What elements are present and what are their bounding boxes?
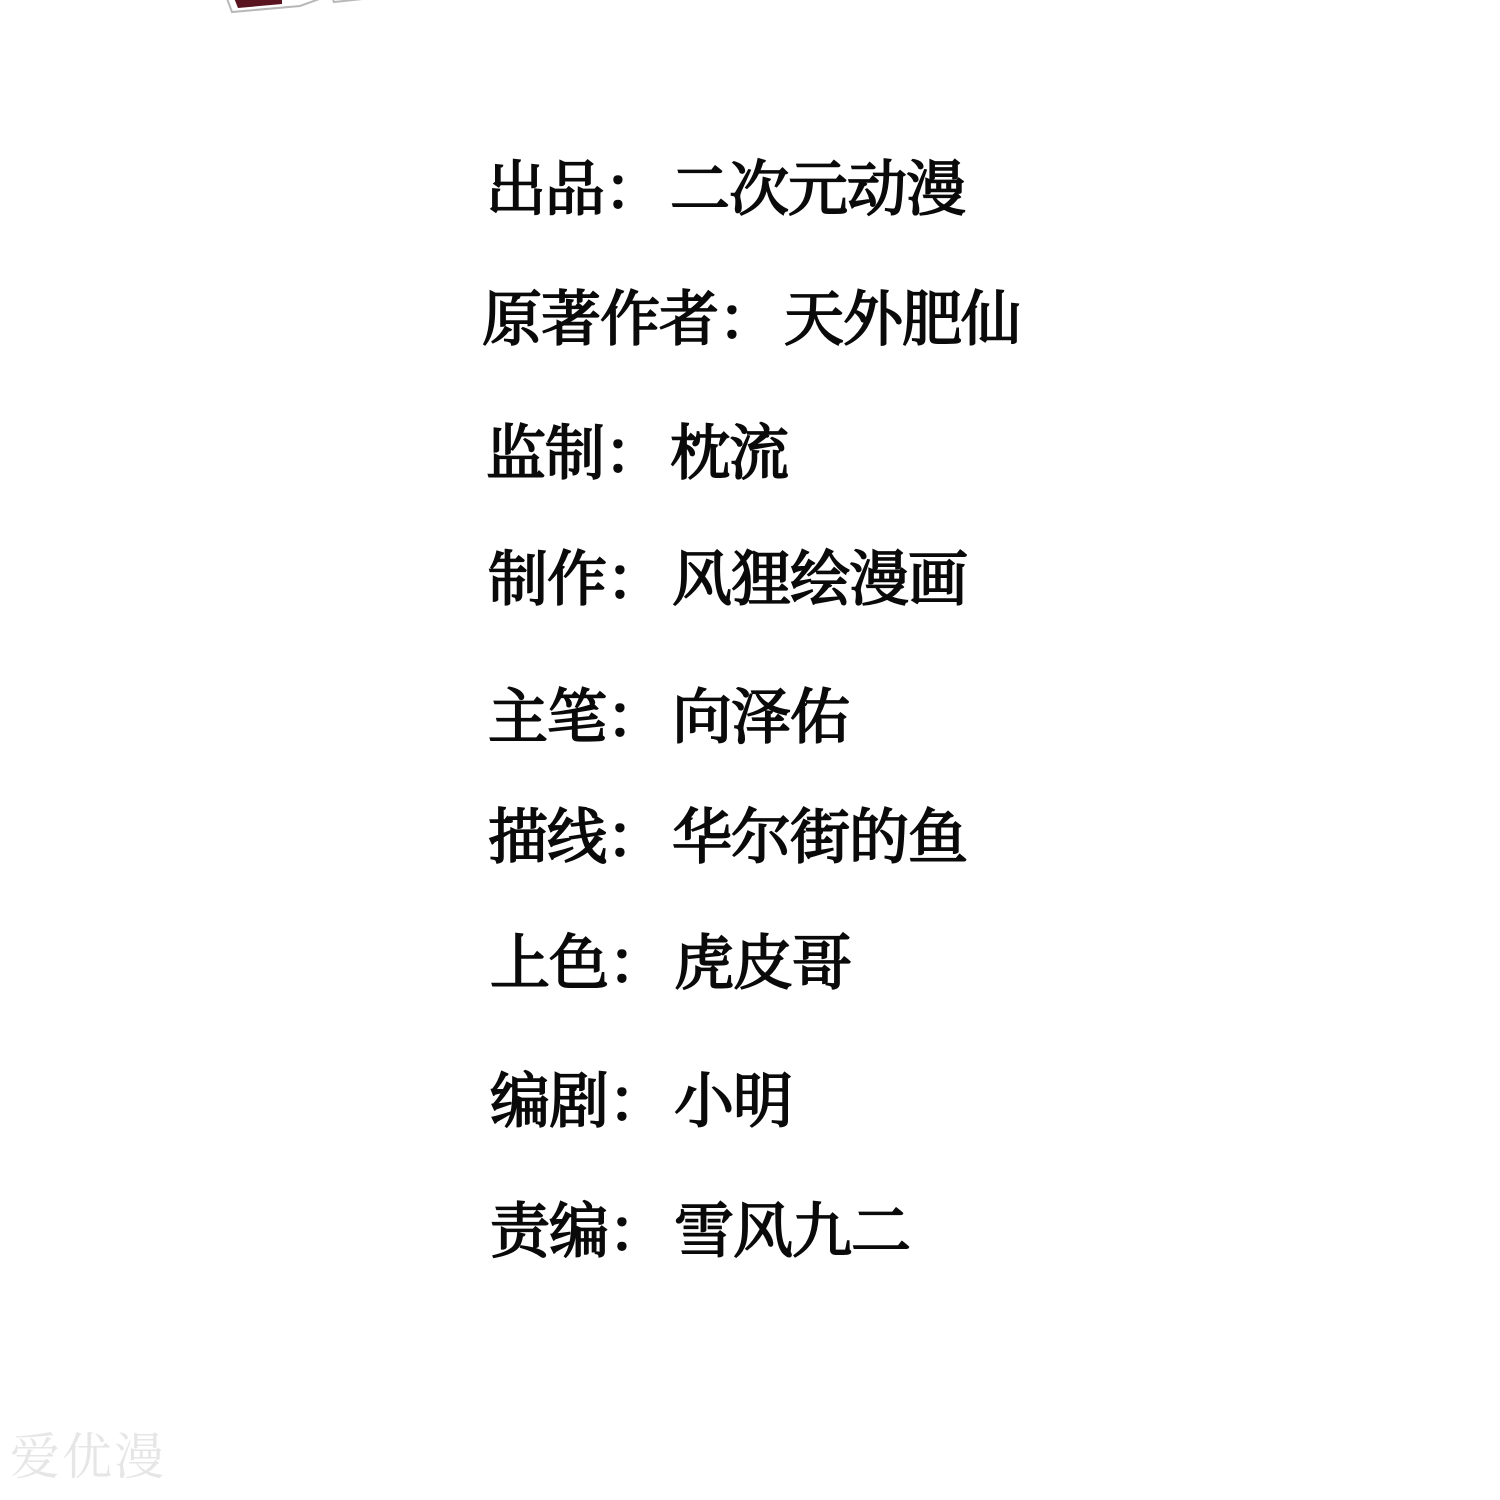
credit-name: 小明: [674, 1072, 792, 1132]
credit-role: 上色: [490, 934, 608, 994]
credit-line-production: 制作：风狸绘漫画: [488, 550, 967, 610]
credit-role: 责编: [490, 1202, 608, 1262]
credit-name: 天外肥仙: [784, 290, 1020, 350]
credit-line-lead-artist: 主笔：向泽佑: [488, 688, 849, 748]
credit-name: 雪风九二: [674, 1202, 910, 1262]
credit-line-supervisor: 监制：枕流: [486, 424, 788, 484]
credit-colon: ：: [718, 290, 784, 350]
credit-colon: ：: [606, 688, 672, 748]
credit-colon: ：: [604, 424, 670, 484]
credit-line-lineart: 描线：华尔街的鱼: [488, 808, 967, 868]
credit-colon: ：: [608, 1072, 674, 1132]
credit-name: 虎皮哥: [674, 934, 851, 994]
watermark-logo: 爱优漫: [10, 1432, 166, 1482]
credit-role: 主笔: [488, 688, 606, 748]
credit-colon: ：: [606, 550, 672, 610]
credit-name: 向泽佑: [672, 688, 849, 748]
credit-role: 出品: [486, 160, 604, 220]
credit-line-screenwriter: 编剧：小明: [490, 1072, 792, 1132]
credit-role: 描线: [488, 808, 606, 868]
credit-name: 风狸绘漫画: [672, 550, 967, 610]
credit-colon: ：: [608, 1202, 674, 1262]
credit-role: 制作: [488, 550, 606, 610]
credit-name: 枕流: [670, 424, 788, 484]
credit-line-editor: 责编：雪风九二: [490, 1202, 910, 1262]
credit-colon: ：: [608, 934, 674, 994]
credit-role: 原著作者: [482, 290, 718, 350]
credit-line-coloring: 上色：虎皮哥: [490, 934, 851, 994]
credit-role: 编剧: [490, 1072, 608, 1132]
credit-name: 二次元动漫: [670, 160, 965, 220]
credit-colon: ：: [606, 808, 672, 868]
credit-role: 监制: [486, 424, 604, 484]
credit-name: 华尔街的鱼: [672, 808, 967, 868]
credit-line-producer: 出品：二次元动漫: [486, 160, 965, 220]
credit-colon: ：: [604, 160, 670, 220]
credit-line-original-author: 原著作者：天外肥仙: [482, 290, 1020, 350]
credits-list: 出品：二次元动漫 原著作者：天外肥仙 监制：枕流 制作：风狸绘漫画 主笔：向泽佑…: [0, 0, 1500, 1500]
